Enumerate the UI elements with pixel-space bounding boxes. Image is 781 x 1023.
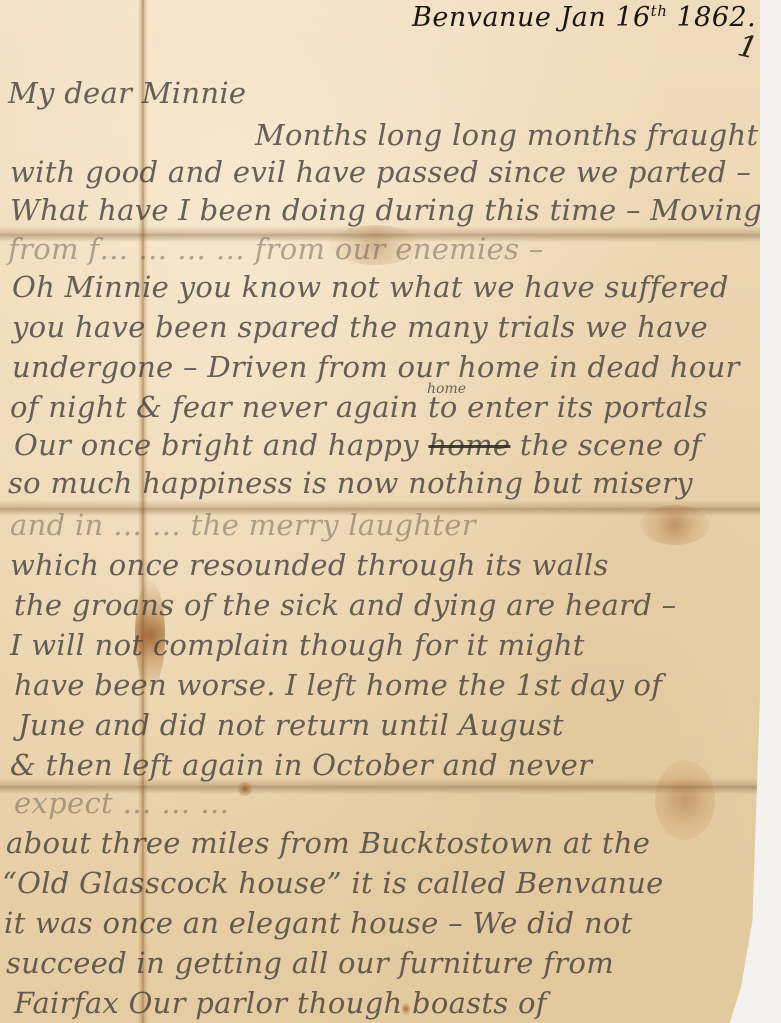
letter-line: & then left again in October and never (10, 748, 592, 782)
heading-date-suffix: th (651, 2, 668, 20)
letter-line: the groans of the sick and dying are hea… (14, 588, 676, 622)
letter-line: about three miles from Bucktostown at th… (6, 826, 650, 860)
letter-line: so much happiness is now nothing but mis… (8, 466, 693, 500)
letter-line: and in … … the merry laughter (10, 508, 476, 542)
heading-date: Jan 16 (560, 2, 650, 33)
letter-line: you have been spared the many trials we … (12, 310, 708, 344)
page-number: 1 (735, 28, 761, 66)
water-stain (640, 505, 710, 545)
letter-line: Our once bright and happy home the scene… (14, 428, 702, 462)
salutation: My dear Minnie (8, 76, 246, 110)
struck-word: home (428, 428, 510, 462)
letter-line: What have I been doing during this time … (10, 193, 762, 227)
letter-line: “Old Glasscock house” it is called Benva… (2, 866, 664, 900)
letter-line: from f… … … … from our enemies – (8, 232, 544, 266)
heading-place: Benvanue (412, 2, 551, 33)
letter-line: Months long long months fraught (255, 118, 758, 152)
letter-line: Fairfax Our parlor though boasts of (14, 986, 547, 1020)
letter-heading: Benvanue Jan 16th 1862. (412, 2, 756, 33)
letter-line: I will not complain though for it might (10, 628, 585, 662)
letter-line: it was once an elegant house – We did no… (4, 906, 633, 940)
inserted-word: home (427, 381, 466, 397)
line-text: Our once bright and happy (14, 428, 419, 462)
rust-stain (238, 782, 252, 796)
letter-page: Benvanue Jan 16th 1862. 1 My dear Minnie… (0, 0, 760, 1023)
letter-line: Oh Minnie you know not what we have suff… (12, 270, 729, 304)
letter-line: which once resounded through its walls (10, 548, 609, 582)
letter-line: succeed in getting all our furniture fro… (6, 946, 614, 980)
letter-line: undergone – Driven from our home in dead… (12, 350, 740, 384)
letter-line: with good and evil have passed since we … (10, 155, 751, 189)
letter-line: June and did not return until August (18, 708, 564, 742)
letter-line: expect … … … (14, 786, 229, 820)
letter-line: of night & fear never again to enter its… (10, 390, 708, 424)
line-tail: the scene of (520, 428, 702, 462)
letter-line: have been worse. I left home the 1st day… (14, 668, 662, 702)
water-stain (655, 760, 715, 840)
